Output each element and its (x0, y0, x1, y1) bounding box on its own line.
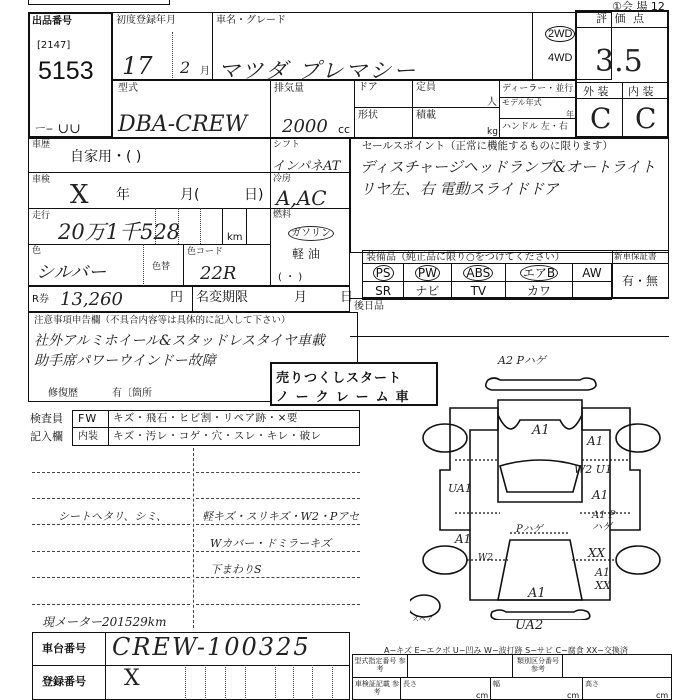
class-label: 類別区分番号 参考 (514, 657, 562, 673)
inspector-interior: 内装 (78, 431, 98, 442)
notes-line-1: 社外アルミホイール&スタッドレスタイヤ車載 (34, 330, 325, 350)
equip-sr[interactable]: SR (363, 282, 404, 300)
remarks-right-1: 軽キズ・スリキズ・W2・Pアセ (202, 508, 359, 524)
mark-right-rear-door: A1 (592, 488, 608, 502)
score-value: 3.5 (595, 44, 643, 79)
remarks-left-1: シートヘタリ、シミ、 (58, 508, 167, 524)
exterior-grade: C (590, 102, 611, 135)
color-value: シルバー (36, 258, 106, 284)
notes-line-2: 助手席パワーウインドー故障 (34, 350, 216, 370)
color-change-label: 色替 (152, 262, 170, 273)
equip-airbag[interactable]: エアB (506, 264, 573, 282)
dims-label: 車検証記載 参考 (354, 680, 400, 696)
interior-label: 内 装 (628, 86, 654, 97)
spare-label: スペア (412, 614, 433, 625)
recycle-value: 13,260 (60, 289, 123, 310)
month-unit: 月 (200, 66, 210, 77)
repair-value: 有〔箇所 (112, 388, 152, 399)
equip-tv[interactable]: TV (451, 282, 505, 300)
equipment-table: PS PW ABS エアB AW SR ナビ TV カワ (362, 263, 612, 300)
chassis-label: 車台番号 (42, 643, 86, 654)
mark-left-sill: W2 (478, 553, 493, 563)
sales-point-line-2: リヤ左、右 電動スライドドア (360, 178, 559, 199)
fuel-label: 燃料 (273, 210, 291, 221)
mark-right-front-fender: A1 (587, 434, 603, 448)
recycle-label: R券 (32, 294, 49, 305)
lot-extra-scribble: ㄧ– ∪∪ (32, 118, 81, 138)
width-unit: cm (567, 690, 579, 700)
door-label: ドア (358, 82, 378, 93)
reg-value: X (124, 666, 140, 691)
load-unit: kg (487, 127, 498, 138)
capacity-label: 定員 (416, 82, 436, 93)
inspector-label-1: 検査員 (30, 413, 63, 424)
stamp-line-2: ノークレーム車 (276, 386, 432, 405)
dealer-label: ディーラー・並行 (502, 84, 573, 95)
first-reg-label: 初度登録年月 (116, 15, 176, 26)
lot-label: 出品番号 (32, 16, 72, 27)
displacement-unit: cc (338, 124, 350, 135)
reg-label: 登録番号 (42, 676, 86, 687)
mark-bonnet: A1 (532, 423, 550, 438)
displacement-value: 2000 (282, 116, 328, 137)
equipment-label: 装備品（純正品に限り○をつけてください） (366, 252, 565, 263)
equip-kawa[interactable]: カワ (506, 282, 573, 300)
shift-label: シフト (273, 140, 300, 151)
drive-2wd[interactable]: 2WD (545, 26, 575, 42)
later-items-label: 後日品 (354, 301, 384, 312)
color-code-value: 22R (200, 263, 236, 284)
ac-value: A,AC (276, 186, 327, 210)
mark-right-rear-door-lower: A1 Pハゲ (592, 510, 622, 534)
inspector-row-2-items: キズ・汚レ・コゲ・穴・スレ・キレ・破レ (113, 431, 322, 442)
mark-front-bumper: A2 Pハゲ (498, 352, 546, 368)
ac-label: 冷房 (273, 174, 291, 185)
odometer-note: 現メーター201529km (42, 613, 166, 630)
inspection-label: 車検 (32, 175, 50, 186)
sales-point-label: セールスポイント（正常に機能するものに限ります） (362, 141, 613, 152)
drive-4wd[interactable]: 4WD (548, 52, 572, 64)
mark-rear-gate: A1 (528, 586, 546, 601)
remarks-divider (193, 448, 194, 628)
equip-abs[interactable]: ABS (451, 264, 505, 282)
width-label: 幅 (493, 679, 500, 690)
mileage-unit: km (227, 232, 243, 243)
score-label: 評 価 点 (596, 13, 646, 24)
inspection-month-unit: 月( (180, 190, 199, 201)
remarks-right-2: Wカバー・ドミラーキズ (210, 535, 331, 551)
load-label: 積載 (416, 110, 436, 121)
mileage-value: 20万1千528 (58, 216, 180, 246)
fuel-diesel[interactable]: 軽 油 (292, 249, 320, 260)
exterior-label: 外 装 (583, 86, 609, 97)
mileage-label: 走行 (32, 211, 50, 222)
fuel-other: ( ・ ) (278, 272, 302, 283)
equip-pw[interactable]: PW (404, 264, 451, 282)
warranty-label: 新車保証書 (614, 252, 657, 263)
height-unit: cm (656, 690, 668, 700)
mark-rear-bumper: UA2 (515, 618, 543, 633)
car-name-label: 車名・グレード (216, 15, 286, 26)
inspection-day-unit: 日) (244, 190, 263, 201)
model-year-label: モデル年式 (502, 99, 542, 107)
mark-left-front-door: UA1 (448, 482, 472, 495)
inspection-year-unit: 年 (116, 190, 130, 201)
equip-aw[interactable]: AW (572, 264, 611, 282)
chassis-value: CREW-100325 (112, 633, 311, 661)
lot-number: 5153 (38, 57, 94, 86)
model-value: DBA-CREW (118, 112, 247, 137)
recycle-unit: 円 (170, 292, 183, 303)
height-label: 高さ (585, 679, 599, 690)
remarks-right-3: 下まわりS (210, 561, 262, 577)
sales-point-line-1: ディスチャージヘッドランプ&オートライト (360, 156, 656, 177)
mark-left-rear-door: A1 (455, 532, 471, 546)
inspection-value: X (70, 180, 89, 210)
usage-value: 自家用・( ) (70, 152, 141, 163)
first-reg-year: 17 (122, 52, 153, 80)
inspector-fw: FW (78, 413, 97, 424)
model-label: 型式 (118, 83, 138, 94)
fuel-gas[interactable]: ガソリン (288, 226, 334, 241)
first-reg-month: 2 (180, 58, 190, 77)
color-code-label: 色コード (187, 247, 223, 258)
handle-label: ハンドル 左・右 (502, 122, 568, 133)
repair-label: 修復歴 (48, 388, 78, 399)
mark-right-quarter-front: XX (588, 546, 605, 560)
interior-grade: C (635, 102, 656, 135)
notes-label: 注意事項申告欄（不具合内容等は具体的に記入して下さい） (34, 315, 291, 326)
stamp-line-1: 売りつくしスタート (276, 367, 432, 386)
length-label: 長さ (403, 679, 417, 690)
mark-right-front-door: W2 U1 (574, 463, 612, 476)
equip-navi[interactable]: ナビ (404, 282, 451, 300)
usage-label: 車歴 (32, 140, 50, 151)
equip-empty (572, 282, 611, 300)
inspector-label-2: 記入欄 (30, 431, 63, 442)
warranty-value[interactable]: 有・無 (622, 276, 658, 287)
displacement-label: 排気量 (274, 83, 304, 94)
length-unit: cm (476, 690, 488, 700)
color-label: 色 (32, 246, 41, 257)
shape-label: 形状 (358, 110, 378, 121)
name-change-label: 名変期限 (196, 292, 248, 303)
mark-roof-rear: Pハゲ (516, 520, 543, 535)
name-change-month: 月 (294, 292, 307, 303)
lot-sub: [2147] (37, 40, 70, 51)
inspector-row-1-items: キズ・飛石・ヒビ割・リペア跡・×要 (113, 413, 298, 424)
mark-right-quarter: A1 XX (595, 566, 615, 592)
equip-ps[interactable]: PS (363, 264, 404, 282)
type-cert-label: 型式指定番号 参考 (354, 657, 406, 673)
top-stub (28, 0, 170, 5)
